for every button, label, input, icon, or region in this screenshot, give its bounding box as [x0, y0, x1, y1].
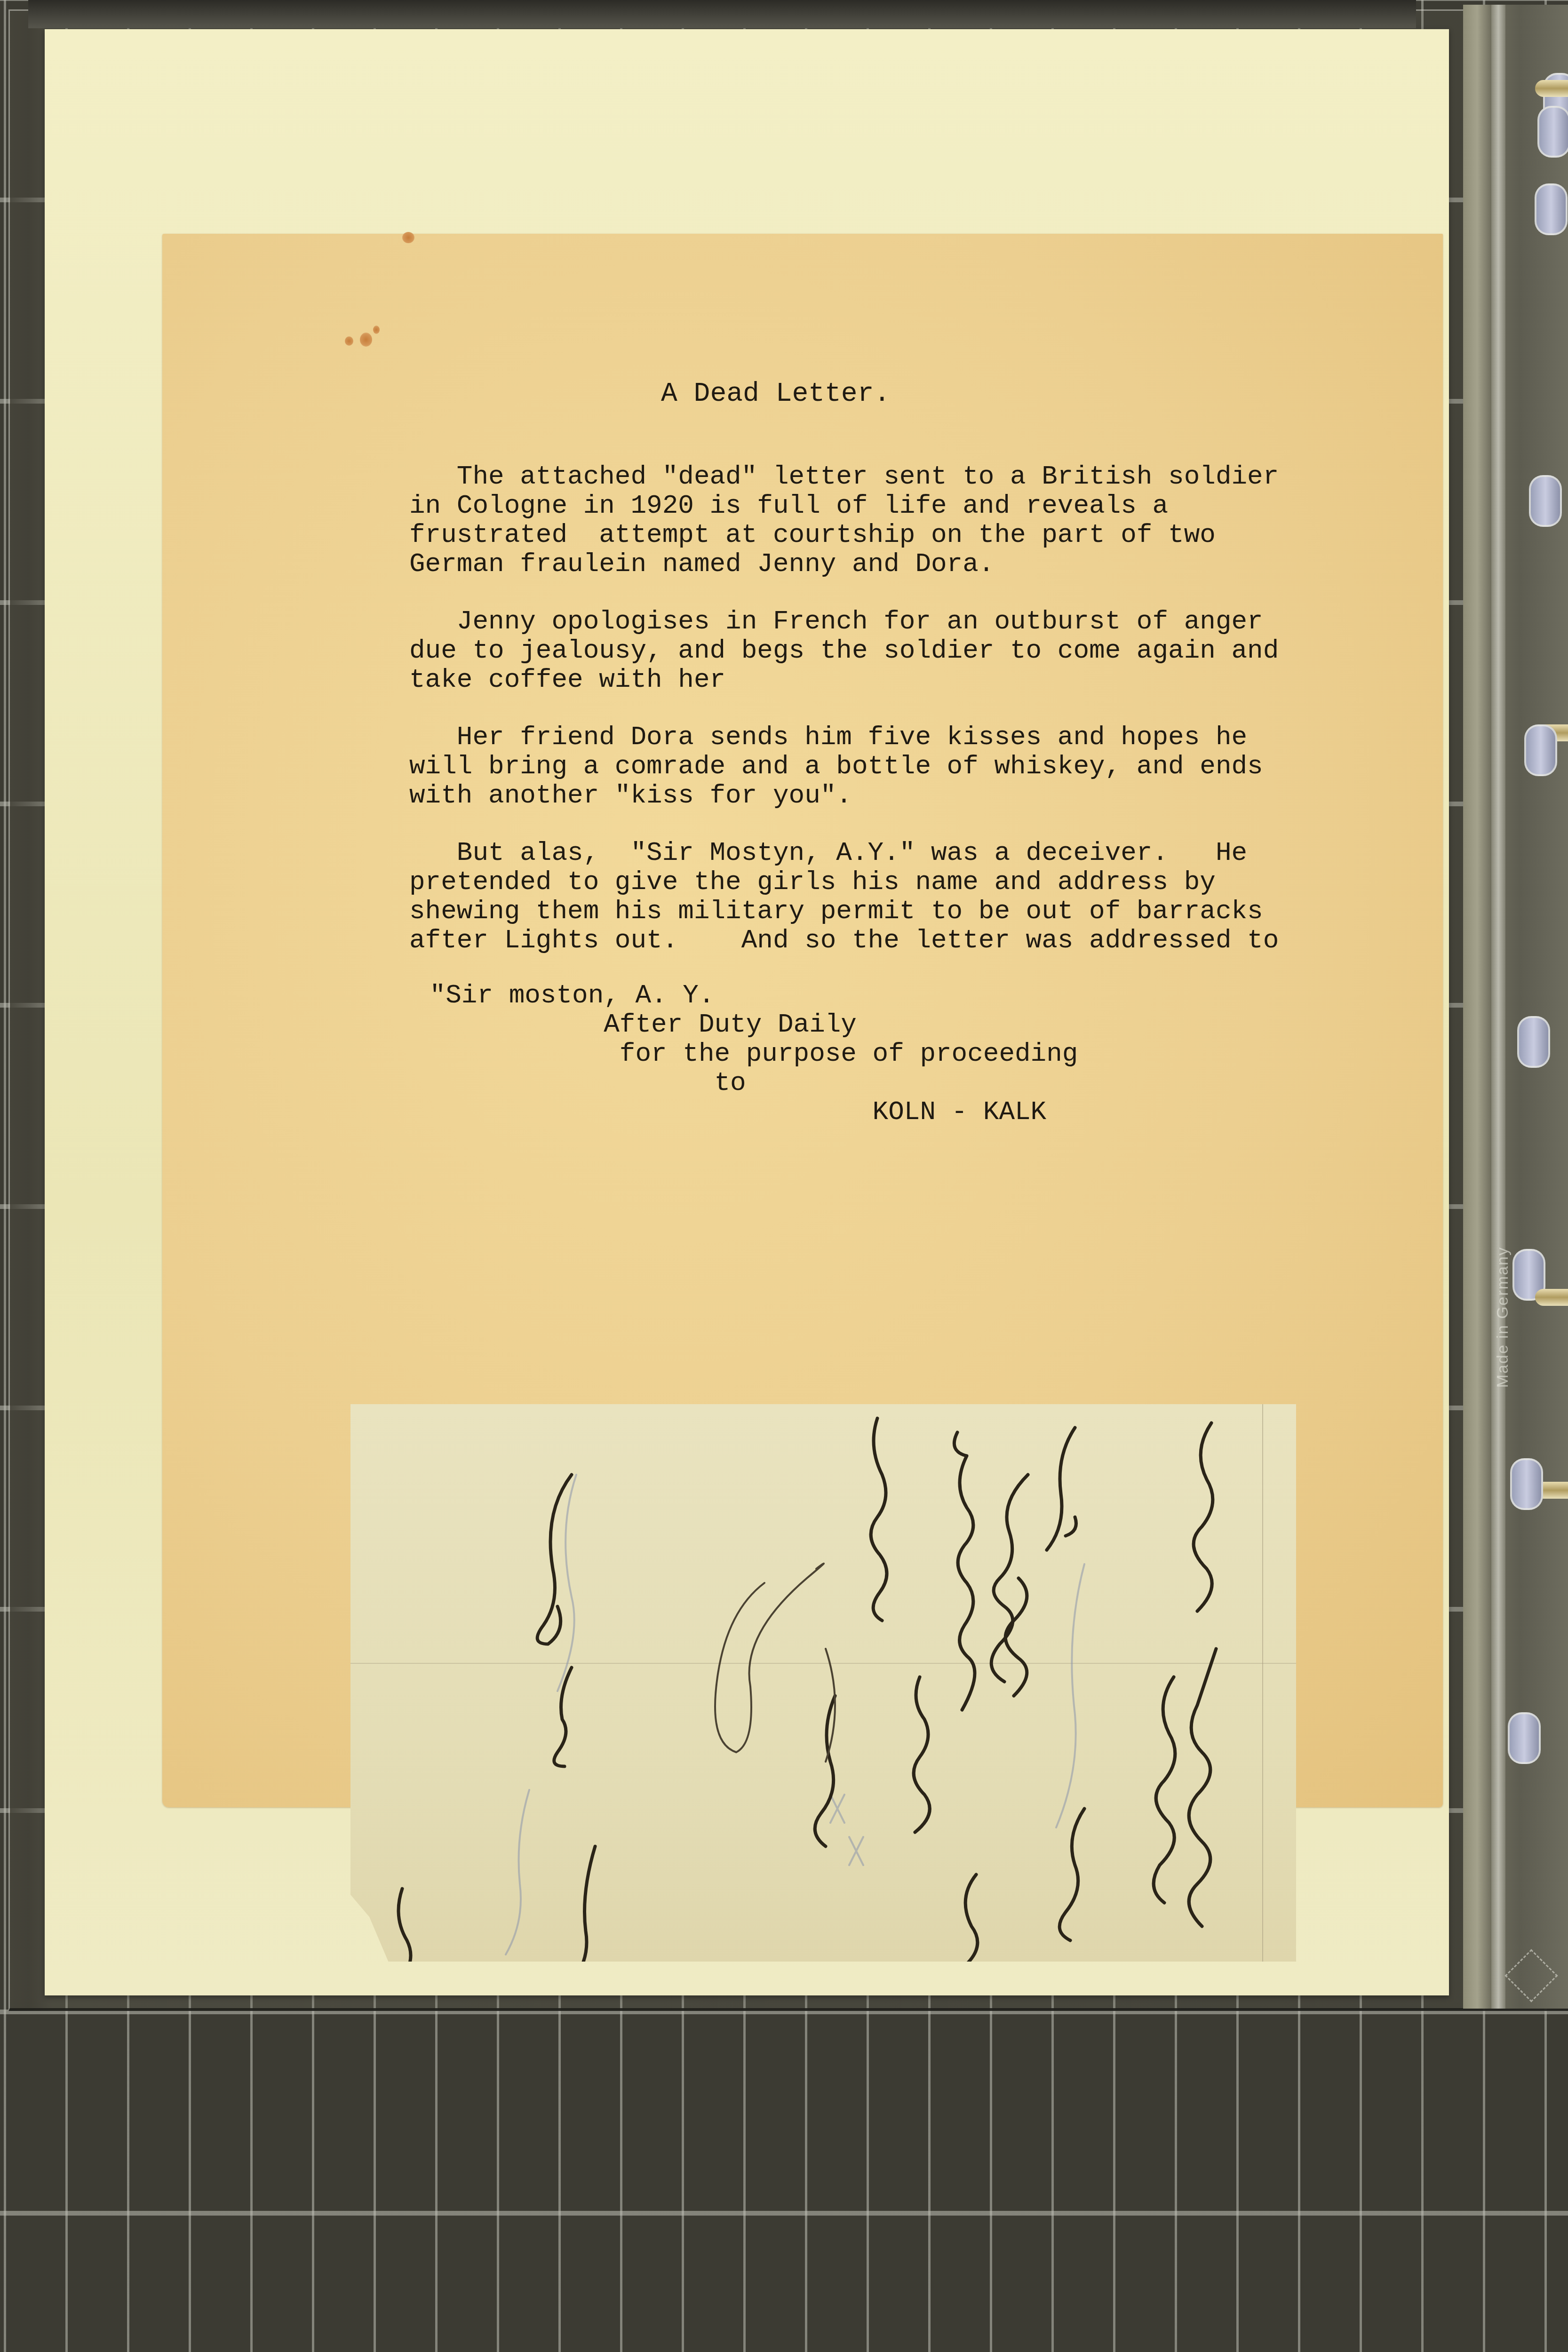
text-line: will bring a comrade and a bottle of whi… [409, 752, 1263, 781]
paragraph-4: But alas, "Sir Mostyn, A.Y." was a decei… [409, 838, 1279, 955]
text-line: frustrated attempt at courtship on the p… [409, 520, 1279, 549]
text-line: with another "kiss for you". [409, 781, 1263, 810]
paragraph-1: The attached "dead" letter sent to a Bri… [409, 462, 1279, 579]
punch-hole [1510, 1458, 1543, 1510]
paragraph-2: Jenny opologises in French for an outbur… [409, 607, 1279, 694]
text-line: But alas, "Sir Mostyn, A.Y." was a decei… [409, 838, 1279, 867]
address-line: to [414, 1068, 1078, 1097]
binder-ring-icon [1535, 80, 1568, 97]
punch-hole [1524, 724, 1557, 776]
text-line: pretended to give the girls his name and… [409, 867, 1279, 897]
foxing-stain [360, 333, 372, 347]
punch-hole [1537, 106, 1568, 158]
handwritten-dead-letter: Attached handwritten dead letter (illegi… [350, 1404, 1296, 1962]
text-line: due to jealousy, and begs the soldier to… [409, 636, 1279, 665]
address-line: KOLN - KALK [414, 1097, 1078, 1127]
address-line: After Duty Daily [414, 1010, 1078, 1039]
address-line: "Sir moston, A. Y. [414, 981, 1078, 1010]
foxing-stain [402, 232, 414, 243]
text-line: take coffee with her [409, 665, 1279, 694]
text-line: in Cologne in 1920 is full of life and r… [409, 491, 1279, 520]
text-line: shewing them his military permit to be o… [409, 897, 1279, 926]
address-line: for the purpose of proceeding [414, 1039, 1078, 1068]
foxing-stain [345, 336, 353, 346]
sleeve-reinforcement-strip [1491, 5, 1505, 2009]
punch-hole [1508, 1712, 1541, 1764]
text-line: after Lights out. And so the letter was … [409, 926, 1279, 955]
text-line: Her friend Dora sends him five kisses an… [409, 723, 1263, 752]
cursive-script-strokes [350, 1404, 1296, 1962]
address-block: "Sir moston, A. Y. After Duty Daily for … [414, 981, 1078, 1127]
text-line: The attached "dead" letter sent to a Bri… [409, 462, 1279, 491]
paragraph-3: Her friend Dora sends him five kisses an… [409, 723, 1263, 810]
sleeve-top-edge [28, 0, 1416, 28]
punch-hole [1517, 1016, 1550, 1068]
binder-spine [1463, 5, 1568, 2009]
punch-hole [1529, 475, 1562, 527]
binder-ring-icon [1535, 1289, 1568, 1306]
foxing-stain [373, 326, 380, 334]
sleeve-imprint-text: Made in Germany [1494, 1247, 1512, 1388]
text-line: German fraulein named Jenny and Dora. [409, 549, 1279, 579]
text-line: Jenny opologises in French for an outbur… [409, 607, 1279, 636]
document-title: A Dead Letter. [661, 379, 890, 409]
punch-hole [1535, 183, 1568, 235]
